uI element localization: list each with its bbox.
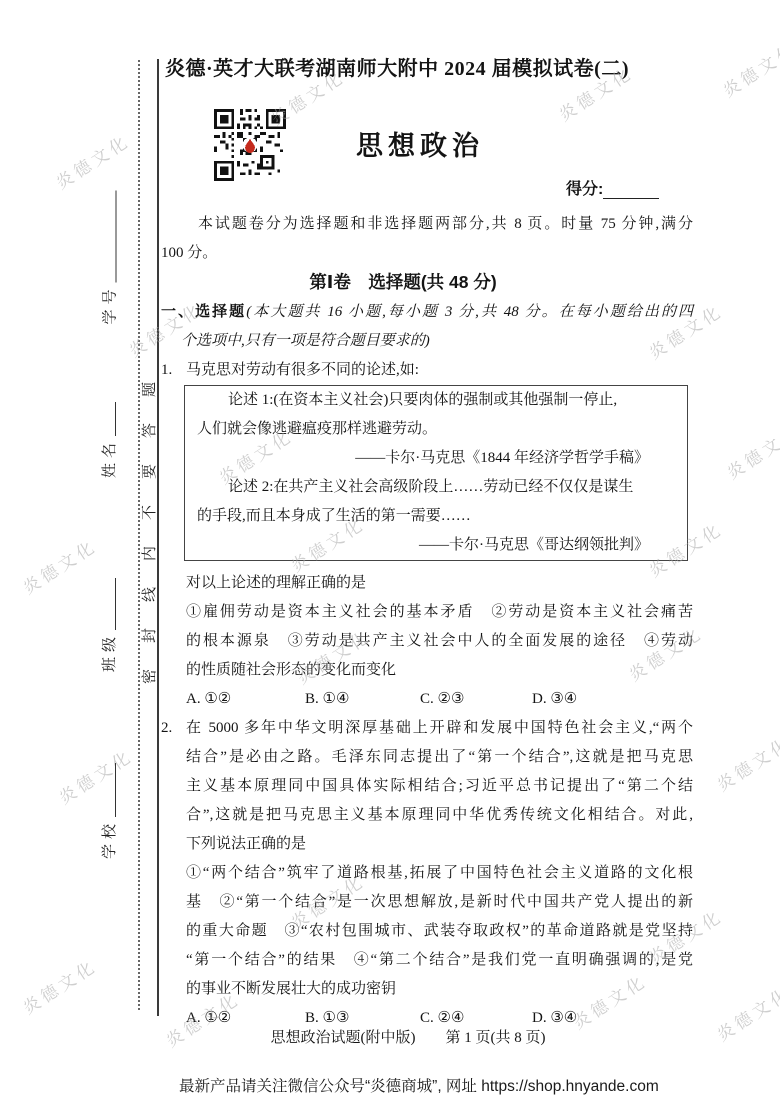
part1-heading: 第Ⅰ卷 选择题(共 48 分) [137,268,669,297]
question-2-stem-line-5: 下列说法正确的是 [186,830,693,859]
directions-line-2: 个选项中,只有一项是符合题目要求的) [161,327,693,356]
score-field: 得分: [566,176,659,199]
school-blank [115,763,116,817]
quote-1-line-1: 论述 1:(在资本主义社会)只要肉体的强制或其他强制一停止, [197,386,675,415]
directions-label: 一、选择题 [161,303,246,320]
watermark-text: 炎德文化 [17,952,101,1019]
question-1-stem: 马克思对劳动有很多不同的论述,如: [186,356,693,385]
question-2-options-line-5: 的事业不断发展壮大的成功密钥 [186,975,693,1004]
intro-line-2: 100 分。 [161,239,693,268]
subject-title: 思想政治 [30,124,780,163]
question-1: 1. 马克思对劳动有很多不同的论述,如: [161,356,693,385]
name-blank [115,402,116,436]
choice-d: D. ③④ [532,685,577,714]
seal-field-name: 姓名 [97,384,119,478]
question-1-options-line-2: 的根本源泉 ③劳动是共产主义社会中人的全面发展的途径 ④劳动 [186,627,693,656]
question-1-followup-text: 对以上论述的理解正确的是 [186,569,693,598]
question-2-stem-line-2: 结合”是必由之路。毛泽东同志提出了“第一个结合”,这就是把马克思 [186,743,693,772]
question-2-stem-line-1: 在 5000 多年中华文明深厚基础上开辟和发展中国特色社会主义,“两个 [186,714,693,743]
watermark-text: 炎德文化 [711,729,780,796]
question-2: 2. 在 5000 多年中华文明深厚基础上开辟和发展中国特色社会主义,“两个 结… [161,714,693,1004]
page-footer: 思想政治试题(附中版) 第 1 页(共 8 页) [18,1026,780,1047]
question-1-followup: 对以上论述的理解正确的是 ①雇佣劳动是资本主义社会的基本矛盾 ②劳动是资本主义社… [161,569,693,685]
quote-1-source: ——卡尔·马克思《1844 年经济学哲学手稿》 [197,444,675,473]
student-id-blank [116,190,117,282]
score-blank [603,182,659,199]
seal-field-label: 学号 [99,284,120,324]
seal-phrase: 密封线内不要答题 [138,355,158,685]
question-2-options-line-2: 基 ②“第一个结合”是一次思想解放,是新时代中国共产党人提出的新 [186,888,693,917]
quote-2-line-2: 的手段,而且本身成了生活的第一需要…… [197,502,675,531]
choice-b: B. ①④ [305,685,420,714]
question-1-number: 1. [161,356,172,385]
question-2-stem-line-3: 主义基本原理同中国具体实际相结合;习近平总书记提出了“第二个结 [186,772,693,801]
seal-field-label: 姓名 [98,438,119,478]
question-1-choices: A. ①②B. ①④C. ②③D. ③④ [161,685,693,714]
question-1-options-line-3: 的性质随社会形态的变化而变化 [186,656,693,685]
seal-field-class: 班级 [97,560,119,672]
question-2-stem-line-4: 合”,这就是把马克思主义基本原理同中华优秀传统文化相结合。对此, [186,801,693,830]
quote-2-source: ——卡尔·马克思《哥达纲领批判》 [197,531,675,560]
exam-body: 本试题卷分为选择题和非选择题两部分,共 8 页。时量 75 分钟,满分 100 … [161,210,693,1033]
choice-c: C. ②③ [420,685,532,714]
seal-field-school: 学校 [97,745,119,859]
question-2-number: 2. [161,714,172,743]
class-blank [115,578,116,630]
seal-field-label: 学校 [98,819,119,859]
question-2-options-line-3: 的重大命题 ③“农村包围城市、武装夺取政权”的革命道路就是党坚持 [186,917,693,946]
seal-field-label: 班级 [98,632,119,672]
intro-line-1: 本试题卷分为选择题和非选择题两部分,共 8 页。时量 75 分钟,满分 [161,210,693,239]
watermark-text: 炎德文化 [53,742,137,809]
choice-a: A. ①② [186,685,305,714]
quote-1-line-2: 人们就会像逃避瘟疫那样逃避劳动。 [197,415,675,444]
seal-field-student-id: 学号 [98,170,120,325]
exam-title: 炎德·英才大联考湖南师大附中 2024 届模拟试卷(二) [7,52,780,81]
question-2-options-line-4: “第一个结合”的结果 ④“第二个结合”是我们党一直明确强调的,是党 [186,946,693,975]
question-2-options-line-1: ①“两个结合”筑牢了道路根基,拓展了中国特色社会主义道路的文化根 [186,859,693,888]
watermark-text: 炎德文化 [721,417,780,484]
watermark-text: 炎德文化 [17,532,101,599]
quote-2-line-1: 论述 2:在共产主义社会高级阶段上……劳动已经不仅仅是谋生 [197,473,675,502]
question-1-options-line-1: ①雇佣劳动是资本主义社会的基本矛盾 ②劳动是资本主义社会痛苦 [186,598,693,627]
directions-line-1: 一、选择题(本大题共 16 小题,每小题 3 分,共 48 分。在每小题给出的四 [161,297,693,327]
exam-paper-page: { "header": { "exam_title": "炎德·英才大联考湖南师… [0,0,780,1104]
directions-text: (本大题共 16 小题,每小题 3 分,共 48 分。在每小题给出的四 [246,304,693,320]
question-1-quote-box: 论述 1:(在资本主义社会)只要肉体的强制或其他强制一停止, 人们就会像逃避瘟疫… [184,385,688,561]
promo-line: 最新产品请关注微信公众号“炎德商城”, 网址 https://shop.hnya… [179,1074,659,1096]
score-label: 得分: [566,181,603,198]
